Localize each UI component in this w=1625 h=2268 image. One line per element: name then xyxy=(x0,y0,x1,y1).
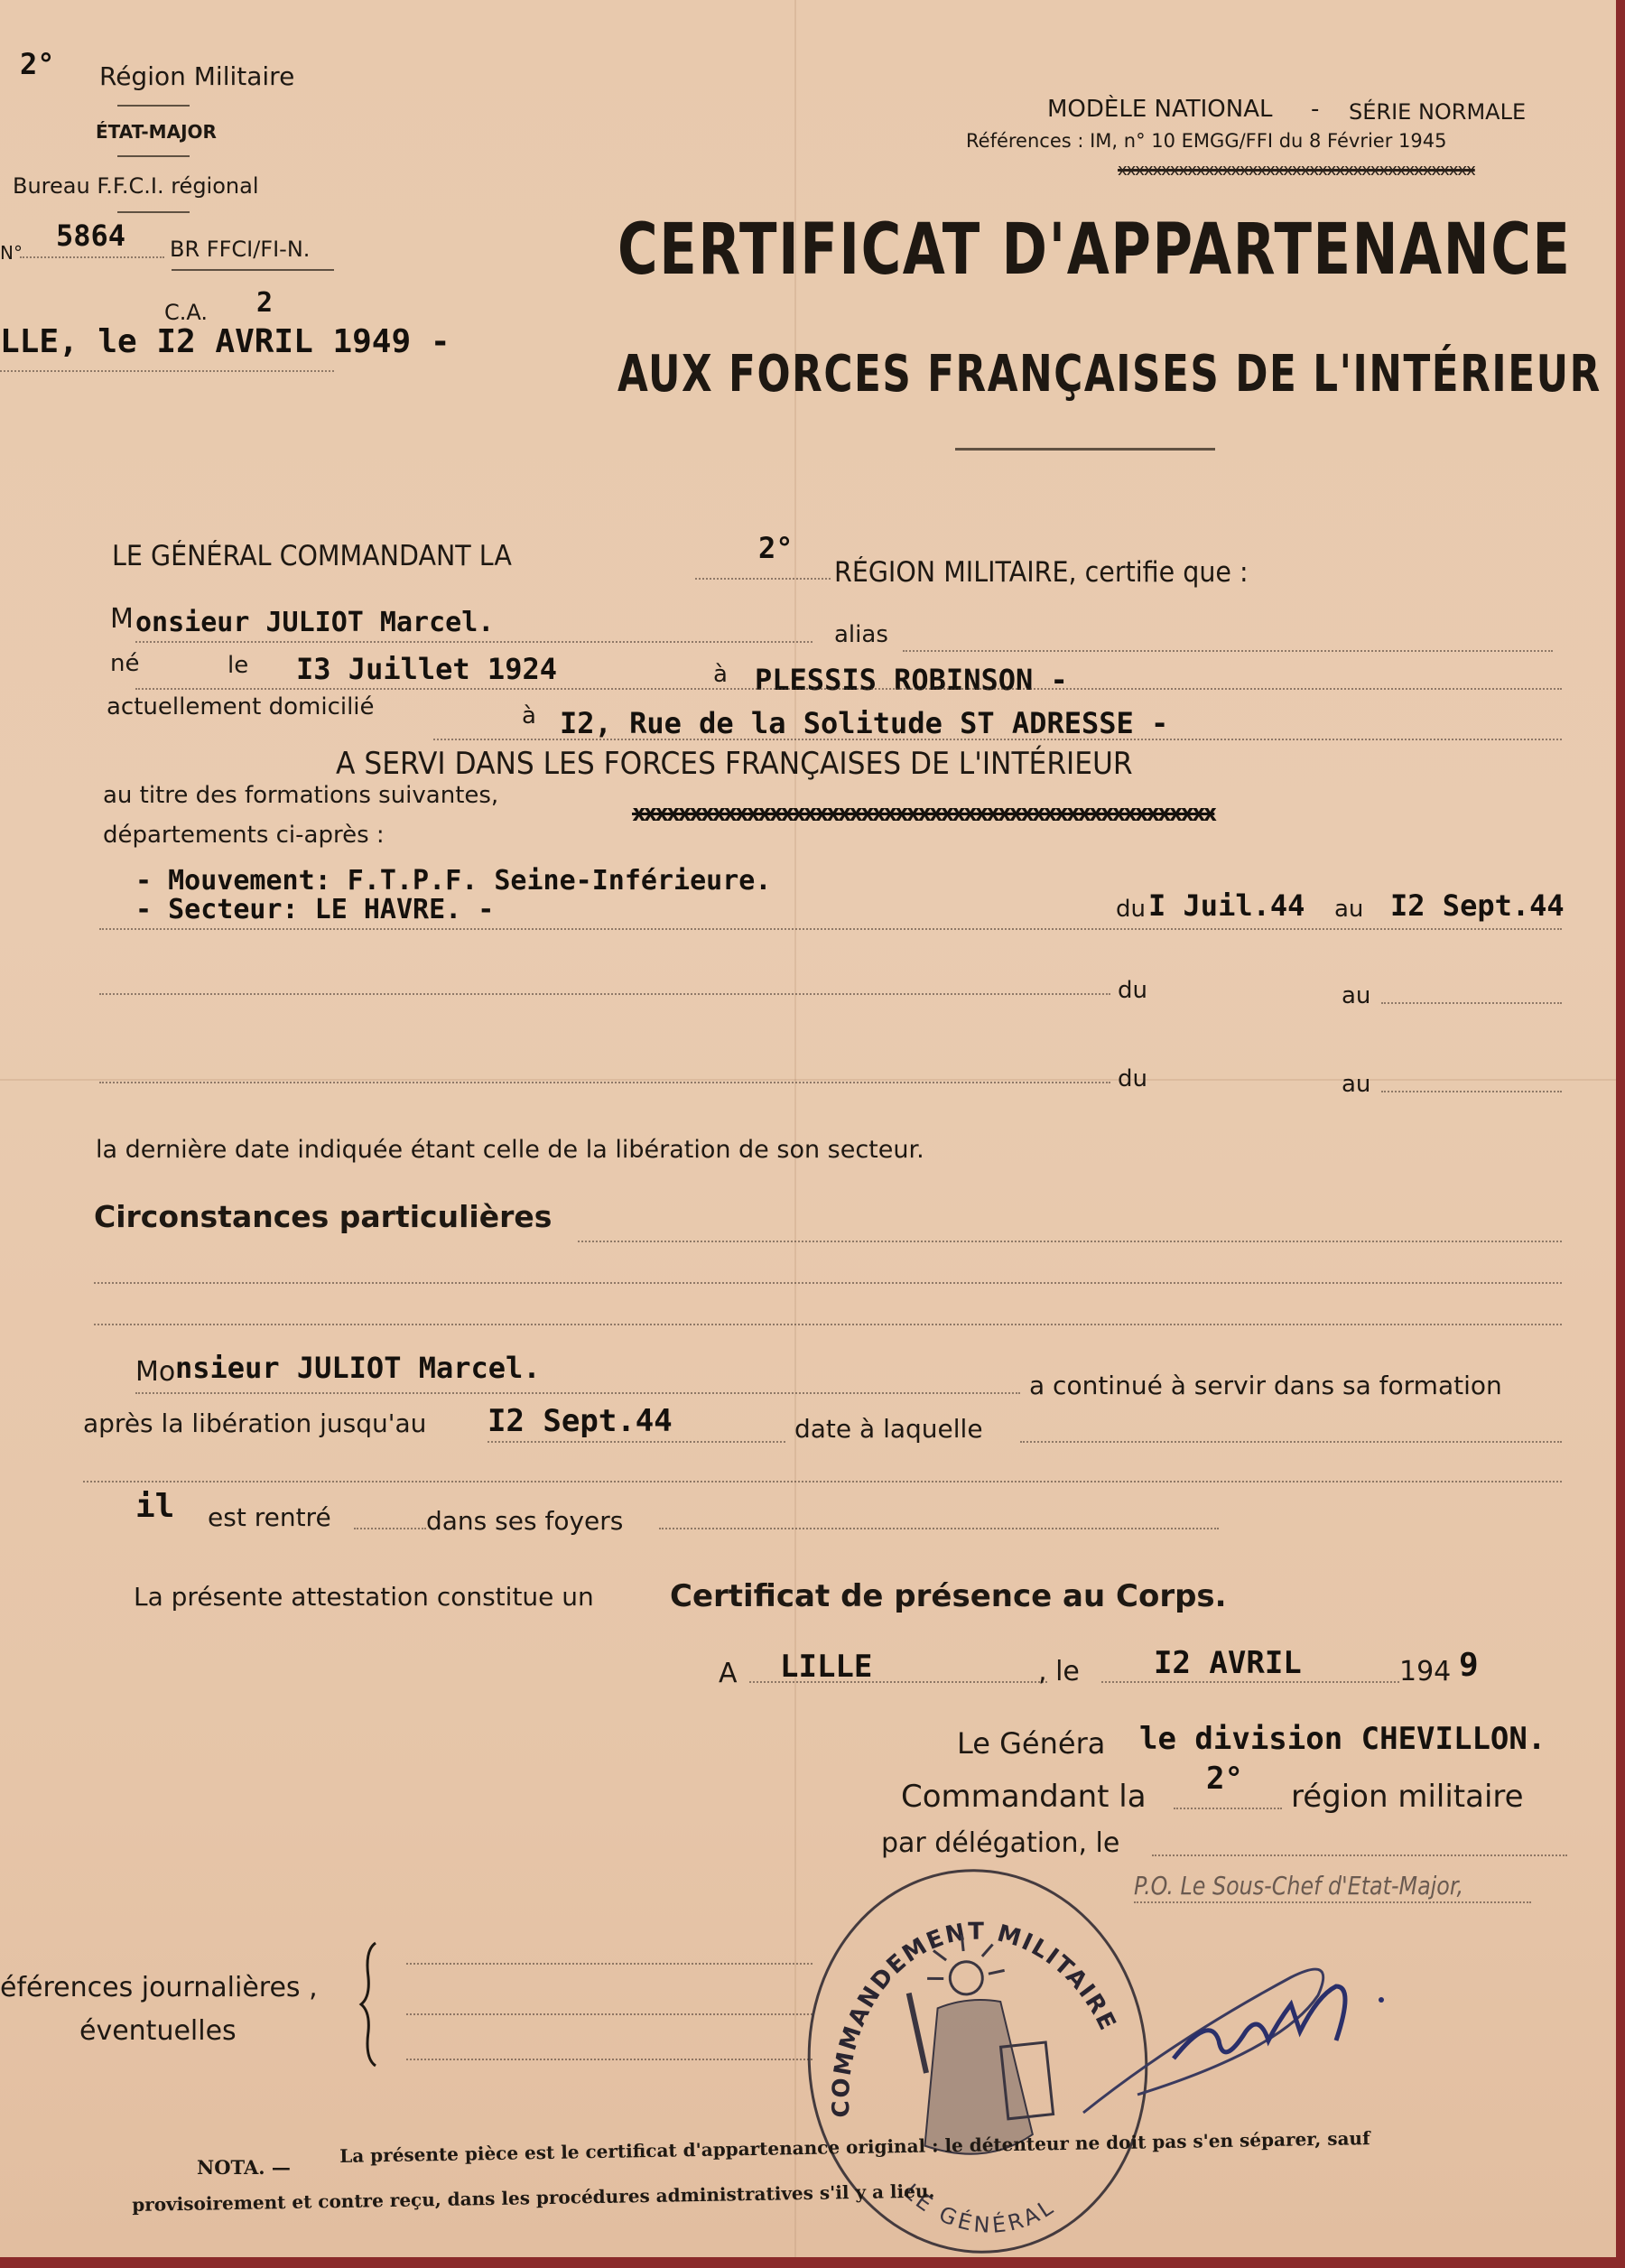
title-line1: CERTIFICAT D'APPARTENANCE xyxy=(617,209,1572,291)
bureau-label: Bureau F.F.C.I. régional xyxy=(13,173,258,199)
person-name-repeat: nsieur JULIOT Marcel. xyxy=(175,1351,541,1385)
birth-place: PLESSIS ROBINSON - xyxy=(755,663,1068,697)
brace-icon xyxy=(357,1941,385,2068)
model-label: MODÈLE NATIONAL xyxy=(1047,96,1272,123)
general-name: le division CHEVILLON. xyxy=(1139,1721,1546,1757)
formation-sector: - Secteur: LE HAVRE. - xyxy=(135,894,494,925)
person-name: onsieur JULIOT Marcel. xyxy=(135,607,494,638)
certificate-document: 2° Région Militaire ÉTAT-MAJOR Bureau F.… xyxy=(0,0,1616,2257)
circonstances-label: Circonstances particulières xyxy=(94,1199,552,1234)
divider xyxy=(117,155,190,157)
formations-label: au titre des formations suivantes, xyxy=(103,782,498,809)
handwritten-signature xyxy=(1065,1941,1408,2122)
alias-label: alias xyxy=(834,621,888,648)
region-number-field: 2° xyxy=(758,531,794,565)
region-number: 2° xyxy=(20,47,55,81)
divider xyxy=(117,211,190,213)
nota-label: NOTA. — xyxy=(197,2156,291,2179)
pronoun: il xyxy=(135,1488,174,1525)
formations-struck: xxxxxxxxxxxxxxxxxxxxxxxxxxxxxxxxxxxxxxxx… xyxy=(632,800,1214,827)
number-suffix: BR FFCI/FI-N. xyxy=(170,237,310,262)
place-date: LLE, le I2 AVRIL 1949 - xyxy=(0,323,450,360)
liberation-note: la dernière date indiquée étant celle de… xyxy=(96,1136,924,1164)
address: I2, Rue de la Solitude ST ADRESSE - xyxy=(560,706,1168,740)
series-label: SÉRIE NORMALE xyxy=(1349,99,1526,125)
domicile-label: actuellement domicilié xyxy=(107,693,375,720)
ca-value: 2 xyxy=(256,287,273,319)
issue-place: LILLE xyxy=(780,1649,872,1685)
birth-date: I3 Juillet 1924 xyxy=(296,652,557,686)
title-underline xyxy=(955,448,1215,451)
po-line: P.O. Le Sous-Chef d'Etat-Major, xyxy=(1134,1871,1463,1901)
certificate-presence-label: Certificat de présence au Corps. xyxy=(670,1578,1227,1614)
divider xyxy=(117,105,190,107)
svg-text:LE GÉNÉRAL: LE GÉNÉRAL xyxy=(897,2164,1063,2247)
served-statement: A SERVI DANS LES FORCES FRANÇAISES DE L'… xyxy=(336,746,1133,782)
references-struck: xxxxxxxxxxxxxxxxxxxxxxxxxxxxxxxxxxxxxxxx… xyxy=(1118,161,1475,180)
formation-start-date: I Juil.44 xyxy=(1148,888,1305,923)
issue-date: I2 AVRIL xyxy=(1154,1645,1302,1681)
references-text: Références : IM, n° 10 EMGG/FFI du 8 Fév… xyxy=(966,130,1446,152)
etat-major-label: ÉTAT-MAJOR xyxy=(96,121,217,143)
departements-label: départements ci-après : xyxy=(103,822,385,849)
number-prefix: N° xyxy=(0,242,23,264)
issue-year-digit: 9 xyxy=(1459,1647,1479,1684)
ca-label: C.A. xyxy=(164,300,208,325)
formation-end-date: I2 Sept.44 xyxy=(1390,888,1565,923)
region-label: Région Militaire xyxy=(99,61,294,91)
certification-intro-end: RÉGION MILITAIRE, certifie que : xyxy=(834,556,1249,589)
certification-intro: LE GÉNÉRAL COMMANDANT LA xyxy=(112,540,512,572)
document-number: 5864 xyxy=(56,218,125,253)
fold-line-horizontal xyxy=(0,1079,1616,1081)
nota-line2: provisoirement et contre reçu, dans les … xyxy=(132,2180,935,2216)
service-until-date: I2 Sept.44 xyxy=(487,1403,673,1439)
title-line2: AUX FORCES FRANÇAISES DE L'INTÉRIEUR xyxy=(617,345,1602,404)
formation-movement: - Mouvement: F.T.P.F. Seine-Inférieure. xyxy=(135,865,771,897)
